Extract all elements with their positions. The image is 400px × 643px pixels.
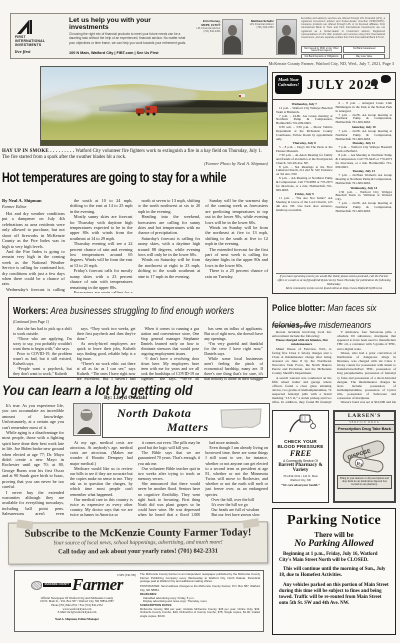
masthead-paragraph: The McKenzie County Farmer is an indepen…: [140, 573, 260, 584]
parking-sub-1: There will be: [279, 531, 389, 539]
blotter-col-1: Recent incidents involving local law enf…: [272, 330, 332, 404]
logo-line-1: North Dakota: [117, 406, 191, 421]
workers-paragraph: Prior to COVID-19, the problem wasn't as…: [13, 351, 72, 366]
calendar-col-right: 6 – 8 p.m. – Arnegard Lions Club Hamburg…: [336, 102, 393, 264]
first-international-logo: FIRST INTERNATIONAL INVESTMENTS live fir…: [15, 17, 65, 55]
workers-col-1: that she has had to pick up a shift to w…: [13, 326, 72, 382]
workers-headline: Workers: Area businesses struggling to f…: [13, 301, 263, 319]
disclaimer-box: Not Bank Guaranteed: [343, 46, 385, 53]
advisor-2-info: Matthew Schultz LPL Financial Advisor (7…: [247, 19, 273, 29]
masthead-paragraph: McKenzie County, $40 per year; Outside M…: [140, 608, 260, 619]
parking-paragraph-2: This will continue until the morning of …: [279, 567, 389, 579]
farmer-logo: McKENZIE COUNTY Farmer: [18, 575, 136, 595]
workers-col-3: When it comes to running a gas station a…: [141, 326, 200, 382]
mark-your-calendars-badge: Mark Your Calendars!: [275, 75, 302, 94]
workers-paragraph: As newly-hired employees are quick to le…: [77, 341, 136, 361]
parking-paragraph-1: Beginning at 1 p.m., Friday, July 16, Wa…: [279, 552, 389, 564]
workers-paragraph: “There's no work ethic out there at all …: [77, 361, 136, 382]
weather-article: By Neal A. Shipman Farmer Editor Hot and…: [2, 198, 268, 293]
omdahl-paragraph: At my age, medical costs are atrocious. …: [70, 440, 133, 466]
pills-illustration: DISPOSE Rx: [335, 433, 394, 475]
blotter-paragraph: Weese charged with six felonies, five mi…: [272, 338, 332, 346]
workers-article-box: Workers: Area businesses struggling to f…: [8, 297, 268, 378]
subscribe-banner: Subscribe to the McKenzie County Farmer …: [8, 521, 268, 564]
omdahl-col-3: it comes out even. The pills may be good…: [138, 440, 201, 516]
workers-headline-rest: Area businesses struggling to find enoug…: [48, 306, 234, 317]
weather-col-2: the south at 10 to 24 mph, shifting to t…: [70, 198, 133, 293]
omdahl-paragraph: While aging is a disadvantage for most p…: [2, 430, 64, 489]
logo-line-2: Matters: [167, 420, 209, 435]
pharmacy-city: Watford City, ND: [274, 478, 327, 482]
advisor-2-headshot: [276, 19, 297, 55]
omdahl-paragraph: it comes out even. The pills may be good…: [138, 440, 201, 450]
hay-fire-photo: [40, 66, 268, 146]
disclaimer-box: May Lose Value: [343, 54, 385, 59]
omdahl-headline-text: You can learn a lot by getting old: [2, 383, 193, 398]
blotter-label: Police blotter:: [272, 303, 325, 313]
newspaper-page: FIRST INTERNATIONAL INVESTMENTS live fir…: [0, 0, 400, 643]
weather-paragraph: There is a 25 percent chance of rain on …: [205, 268, 268, 279]
advisor-1-phone: (701) 842-2464: [194, 30, 220, 33]
blotter-paragraph: Recent incidents involving local law enf…: [272, 330, 332, 338]
pharmacy-name: Barrett Pharmacy & Variety: [274, 463, 327, 474]
fire-photo-illustration: [41, 67, 267, 145]
parking-sub-2: No Parking Allowed: [279, 539, 389, 549]
blotter-paragraph: Weese, who had a prior conviction of dis…: [337, 351, 397, 401]
calendar-entry: 7 p.m. – 24-Hr. AA Group meeting at Nort…: [336, 202, 393, 214]
calendar-entry: 7 p.m. – 24-Hour Women's AA Group Meetin…: [336, 174, 393, 186]
omdahl-col-2: At my age, medical costs are atrocious. …: [70, 440, 133, 516]
pill-capsules-icon: DISPOSE Rx: [335, 433, 394, 475]
weather-byline-title: Farmer Editor: [2, 204, 65, 209]
advisor-2-phone: (701) 842-2464: [247, 26, 273, 29]
number-one-logo-icon: [15, 18, 65, 36]
calendar-entry: 6 – 8 p.m. – Arnegard Lions Club Hamburg…: [336, 102, 393, 114]
calendar-footer: If you have upcoming events you would li…: [276, 273, 392, 291]
calendar-entry: 7 p.m. – 24-Hr. AA Group meeting at Nort…: [336, 114, 393, 126]
weather-headline-text: Hot temperatures are going to stay for a…: [2, 170, 226, 185]
omdahl-paragraph: But our feet have grown slow: [205, 512, 268, 516]
pharmacy-slogan: “We care about your health.”: [274, 483, 327, 487]
blotter-col-2: V substance, four Suboxone pills, a sche…: [337, 330, 397, 404]
logo-county-text: McKENZIE COUNTY: [43, 583, 71, 588]
workers-paragraph: “People want a paycheck, but they don't …: [13, 366, 72, 376]
brand-name-line3: INVESTMENTS: [15, 44, 65, 48]
advisor-1-headshot: [222, 19, 243, 55]
omdahl-paragraph: Our volunteer Bible teacher quit in two …: [138, 466, 201, 481]
workers-headline-label: Workers:: [13, 306, 48, 317]
ad-headline: Let us help you with your investments: [69, 17, 190, 31]
weather-paragraph: Friday's forecast calls for mostly sunny…: [70, 268, 133, 290]
subscribe-tagline: Your source of local news, school happen…: [9, 539, 267, 546]
calendar-entry: 7:30 p.m. – Al-Anon Meeting for family a…: [276, 154, 333, 166]
omdahl-paragraph: She announced that there would never be …: [138, 481, 201, 516]
parking-notice-box: Parking Notice There will be No Parking …: [272, 508, 396, 635]
photo-credit: (Farmer Photo by Neal A. Shipman): [2, 161, 268, 166]
weather-paragraph: north at seven to 13 mph, shifting to th…: [138, 198, 201, 214]
weather-paragraph: Forecasters are again calling for a slig…: [70, 290, 133, 293]
bp-free-text: FREE: [274, 449, 327, 458]
ad-contact-line: 100 N Main, Watford City | FIBT.com | Se…: [69, 51, 190, 55]
parking-title: Parking Notice: [279, 513, 389, 529]
weather-paragraph: Sunday will be the warmest day of the co…: [205, 198, 268, 225]
ad-disclaimer-boxes: Not Insured by FDIC or Any Other Governm…: [301, 46, 385, 59]
ad-disclaimer-text: Securities and advisory services are off…: [301, 17, 385, 45]
calendar-entry: 8 p.m. – AA Meeting at Northstar Pump & …: [336, 154, 393, 169]
weather-paragraph: Winds on Sunday will be from the northea…: [205, 225, 268, 247]
parking-paragraph-3: Any vehicles parked on this portion of M…: [279, 583, 389, 608]
blotter-paragraph: Weese's bond was set at $10,000 and his …: [337, 400, 397, 404]
workers-columns: that she has had to pick up a shift to w…: [13, 326, 263, 382]
blotter-headline-rest: Man faces six: [325, 303, 376, 313]
brand-tagline: live first: [15, 49, 65, 54]
blotter-paragraph: Mikel Weese of Fairview, N.D., is facing…: [272, 347, 332, 376]
calendar-entry: 7 p.m. – 24-Hr. AA Group meeting at Nort…: [336, 130, 393, 142]
larsens-store-name: LARSEN'S: [335, 412, 394, 421]
weather-paragraph: Wednesday's forecast is calling for sunn…: [2, 287, 65, 293]
weather-paragraph: The extended forecast for the first part…: [205, 247, 268, 269]
omdahl-first-column: It's true. As you experience life, you c…: [2, 403, 64, 515]
omdahl-columns: At my age, medical costs are atrocious. …: [70, 440, 268, 516]
masthead-fine-print: The McKenzie County Farmer is an indepen…: [140, 573, 260, 629]
subscribe-title: Subscribe to the McKenzie County Farmer …: [9, 527, 267, 539]
blotter-paragraph: A search warrant was conducted on his fi…: [272, 376, 332, 404]
blotter-columns: Recent incidents involving local law enf…: [272, 330, 396, 404]
omdahl-paragraph: Even though I am already living on borro…: [205, 445, 268, 497]
photo-caption: HAY UP IN SMOKE . . . . . . . . . Watfor…: [2, 149, 268, 161]
larsens-ad-title: Prescription Drug Take Back: [335, 424, 394, 433]
columnist-portrait-icon: [74, 404, 99, 434]
omdahl-col-4: had more animals.Even though I am alread…: [205, 440, 268, 516]
omdahl-byline: By: Lloyd Omdahl: [104, 395, 147, 401]
masthead-left: USPS (336-700) McKENZIE COUNTY Farmer Of…: [18, 573, 136, 629]
workers-paragraph: has seen an influx of applicants. But as…: [204, 326, 263, 341]
advisor-1-info: Erin Cheney, MCPF, CLTC® LPL Financial A…: [194, 19, 220, 33]
investments-ad: FIRST INTERNATIONAL INVESTMENTS live fir…: [10, 13, 390, 59]
weather-paragraph: Thursday evening will see a 22 percent c…: [70, 241, 133, 268]
barrett-pharmacy-ad: CHECK YOUR BLOOD PRESSURE FREE A Communi…: [272, 410, 329, 503]
larsens-drug-ad: LARSEN'S SERVICE DRUG Prescription Drug …: [333, 410, 396, 503]
calendar-footer-note: If you have upcoming events you would li…: [276, 275, 392, 286]
blotter-paragraph: V substance, four Suboxone pills, a sche…: [337, 330, 397, 351]
ink-blob-icon: [381, 75, 391, 83]
ink-blob-icon: [371, 79, 378, 86]
page-header-line: McKenzie County Farmer, Watford City, ND…: [269, 61, 394, 66]
weather-paragraph: the south at 10 to 24 mph, shifting to t…: [70, 198, 133, 214]
calendar-title: JULY 2021: [307, 77, 380, 93]
disclaimer-box: Not Bank Deposits or Obligations: [301, 54, 343, 59]
distant-vehicle-icon: [239, 94, 245, 97]
advisor-2: Matthew Schultz LPL Financial Advisor (7…: [247, 17, 296, 55]
weather-headline: Hot temperatures are going to stay for a…: [2, 169, 268, 187]
ad-body-text: Choosing the right mix of financial prod…: [69, 32, 190, 51]
logo-farmer-text: Farmer: [72, 575, 123, 595]
masthead-paragraph: POSTMASTER: Send address changes to the …: [140, 585, 260, 592]
weather-col-4: Sunday will be the warmest day of the co…: [205, 198, 268, 293]
blood-pressure-cuff-icon: [286, 412, 316, 434]
workers-paragraph: When it comes to running a gas station a…: [141, 326, 200, 356]
workers-paragraph: “I'm very grateful and thankful for the …: [204, 341, 263, 356]
weather-paragraph: Mostly sunny skies are forecast for Thur…: [70, 214, 133, 241]
masthead-email: E-Mail: mcf@watfordcitynd.com: [18, 611, 136, 615]
calendar-col-left: Wednesday, July 712 p.m. – Watford City …: [276, 102, 333, 264]
calendar-entry: 8 p.m. – AA Meeting at Northstar Pump & …: [276, 177, 333, 192]
calendar-footer-link: More community events can be found onlin…: [276, 287, 392, 291]
disclaimer-box: Not Insured by FDIC or Any Other Governm…: [301, 46, 343, 53]
larsens-note: Bring in your unused or old prescription…: [337, 475, 392, 489]
ad-copy: Let us help you with your investments Ch…: [69, 17, 190, 55]
subscribe-call-line: Call today and ask about your yearly rat…: [9, 547, 267, 555]
workers-col-4: has seen an influx of applicants. But as…: [204, 326, 263, 382]
masthead-box: USPS (336-700) McKENZIE COUNTY Farmer Of…: [14, 570, 264, 632]
workers-col-2: says. “They work two weeks, get their fi…: [77, 326, 136, 382]
weather-paragraph: And the Fire Index is going to remain ve…: [2, 249, 65, 287]
continued-note: (Continued from Page 1): [13, 320, 263, 324]
blotter-byline: Farmer Staff Reports: [272, 323, 311, 328]
calendar-header: Mark Your Calendars! JULY 2021: [273, 73, 395, 100]
workers-paragraph: “Those who are applying, I'm sorry to sa…: [13, 336, 72, 351]
weather-col-1: By Neal A. Shipman Farmer Editor Hot and…: [2, 198, 65, 293]
caption-label: HAY UP IN SMOKE . . . . . . . . .: [2, 149, 74, 154]
advisor-1: Erin Cheney, MCPF, CLTC® LPL Financial A…: [194, 17, 243, 55]
badge-line-2: Calendars!: [275, 82, 302, 87]
community-calendar-box: Mark Your Calendars! JULY 2021 Wednesday…: [272, 72, 396, 294]
ad-disclaimer: Securities and advisory services are off…: [301, 17, 385, 55]
weather-paragraph: Heading into the weekend, forecasters ar…: [138, 214, 201, 236]
workers-paragraph: “I don't have a revolving door down here…: [141, 356, 200, 382]
newspaper-stack-icon: [31, 581, 42, 590]
calendar-entry: 9:30 a.m. – 3:30 p.m. – Motor Vehicle De…: [276, 126, 333, 141]
workers-paragraph: says. “They work two weeks, get their fi…: [77, 326, 136, 341]
calendar-entry: 11 p.m. – “We Are Not Saints” AA Meeting…: [276, 197, 333, 212]
advisor-1-name: Erin Cheney, MCPF, CLTC®: [194, 19, 220, 27]
weather-paragraph: Winds on Saturday will be from the north…: [138, 257, 201, 279]
weather-paragraph: Saturday's forecast is calling for sunny…: [138, 236, 201, 258]
workers-paragraph: While some local businesses aren't feeli…: [204, 356, 263, 382]
masthead-editor: Neal A. Shipman, Editor/Manager: [18, 617, 136, 621]
workers-paragraph: that she has had to pick up a shift to w…: [13, 326, 72, 336]
omdahl-headshot: [73, 403, 101, 436]
usps-number: USPS (336-700): [117, 574, 136, 577]
north-dakota-map-icon: [219, 407, 265, 434]
omdahl-paragraph: The Bible says that we are guaranteed 70…: [138, 450, 201, 465]
north-dakota-matters-logo: North Dakota Matters: [102, 403, 270, 438]
calendar-columns: Wednesday, July 712 p.m. – Watford City …: [273, 100, 395, 266]
weather-col-3: north at seven to 13 mph, shifting to th…: [138, 198, 201, 293]
omdahl-paragraph: Medicare would like us to review our bil…: [70, 466, 133, 497]
omdahl-paragraph: It's true. As you experience life, you c…: [2, 403, 64, 430]
weather-paragraph: Hot and dry weather conditions put a dam…: [2, 211, 65, 249]
omdahl-paragraph: I never buy the extended warranties alth…: [2, 490, 64, 516]
omdahl-paragraph: Our medical care in this country is twic…: [70, 497, 133, 516]
